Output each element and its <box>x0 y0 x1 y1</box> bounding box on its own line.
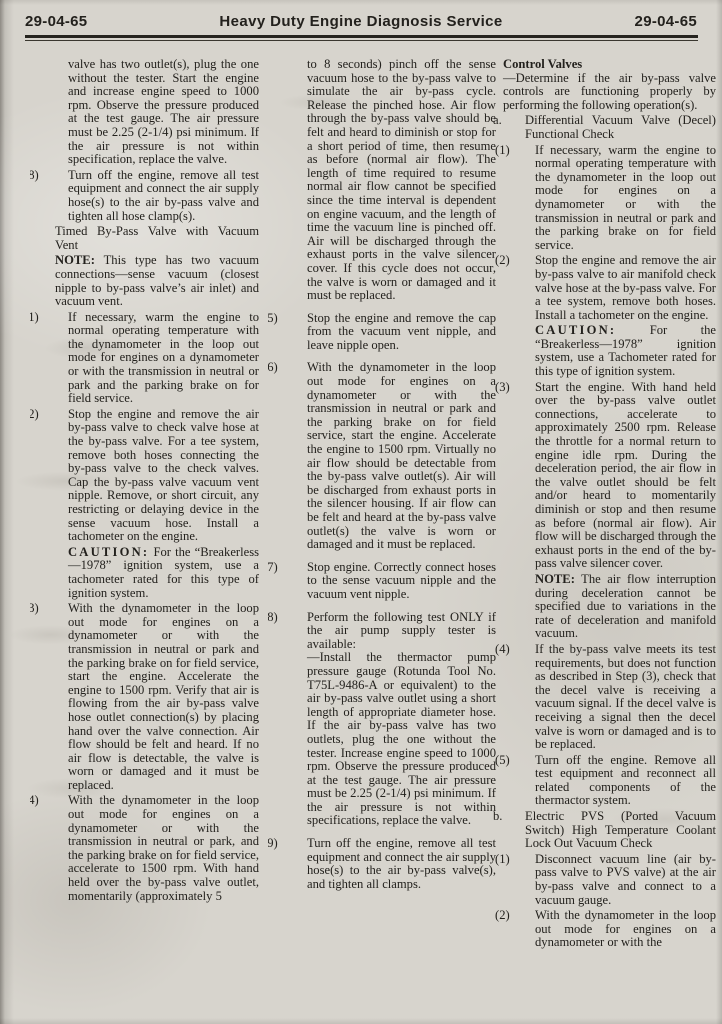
caution-paragraph: CAUTION: For the “Breakerless—1978” igni… <box>489 324 716 378</box>
numbered-step: (1)Disconnect vacuum line (air by-pass v… <box>489 853 716 907</box>
item-label: (2) <box>46 408 68 422</box>
continuation-paragraph: —Install the thermactor pump pressure ga… <box>268 651 496 828</box>
item-label: (2) <box>515 909 535 923</box>
item-label: (1) <box>515 144 535 158</box>
item-label: (5) <box>285 312 307 326</box>
header-rule-thick <box>25 35 698 38</box>
note-paragraph: NOTE: This type has two vacuum connectio… <box>30 254 259 308</box>
numbered-step: (6)With the dynamometer in the loop out … <box>268 361 496 551</box>
item-label: (8) <box>285 611 307 625</box>
item-label: (3) <box>515 381 535 395</box>
item-label: (9) <box>285 837 307 851</box>
numbered-step: (1)If necessary, warm the engine to norm… <box>30 311 259 406</box>
continuation-paragraph: valve has two outlet(s), plug the one wi… <box>30 58 259 167</box>
item-label: (4) <box>46 794 68 808</box>
item-label: (3) <box>46 602 68 616</box>
page-number-left: 29-04-65 <box>25 13 155 30</box>
item-label: (8) <box>46 169 68 183</box>
subsection-heading: b.Timed By-Pass Valve with Vacuum Vent <box>30 225 259 252</box>
numbered-step: (4)With the dynamometer in the loop out … <box>30 794 259 903</box>
text-column-1: valve has two outlet(s), plug the one wi… <box>30 58 259 1016</box>
item-label: b. <box>509 810 525 824</box>
section-title: Control Valves <box>503 58 582 71</box>
note-label: NOTE: <box>535 572 575 586</box>
numbered-step: (3)Start the engine. With hand held over… <box>489 381 716 571</box>
caution-label: CAUTION: <box>68 545 149 559</box>
item-label: (1) <box>515 853 535 867</box>
numbered-step: (5)Stop the engine and remove the cap fr… <box>268 312 496 353</box>
page-title: Heavy Duty Engine Diagnosis Service <box>155 13 567 30</box>
note-label: NOTE: <box>55 253 95 267</box>
section-heading: 2.Control Valves <box>489 58 716 72</box>
item-label: (2) <box>515 254 535 268</box>
numbered-step: (2)Stop the engine and remove the air by… <box>489 254 716 322</box>
caution-paragraph: CAUTION: For the “Breakerless—1978” igni… <box>30 546 259 600</box>
page-number-right: 29-04-65 <box>567 13 697 30</box>
scanned-manual-page: 29-04-65 Heavy Duty Engine Diagnosis Ser… <box>0 0 722 1024</box>
numbered-step: (4)If the by-pass valve meets its test r… <box>489 643 716 752</box>
numbered-step: (2)Stop the engine and remove the air by… <box>30 408 259 544</box>
numbered-step: (8)Perform the following test ONLY if th… <box>268 611 496 652</box>
numbered-step: (2)With the dynamometer in the loop out … <box>489 909 716 950</box>
numbered-step: (5)Turn off the engine. Remove all test … <box>489 754 716 808</box>
item-label: (6) <box>285 361 307 375</box>
note-paragraph: NOTE: The air flow interruption during d… <box>489 573 716 641</box>
item-label: a. <box>509 114 525 128</box>
text-column-2: to 8 seconds) pinch off the sense vacuum… <box>268 58 496 1016</box>
continuation-paragraph: —Determine if the air by-pass valve cont… <box>489 72 716 113</box>
subsection-heading: b.Electric PVS (Ported Vacuum Switch) Hi… <box>489 810 716 851</box>
page-header: 29-04-65 Heavy Duty Engine Diagnosis Ser… <box>25 13 697 30</box>
subsection-heading: a.Differential Vacuum Valve (Decel) Func… <box>489 114 716 141</box>
item-label: (7) <box>285 561 307 575</box>
numbered-step: (7)Stop engine. Correctly connect hoses … <box>268 561 496 602</box>
item-label: b. <box>38 225 55 239</box>
item-label: 2. <box>489 58 503 72</box>
text-columns: valve has two outlet(s), plug the one wi… <box>0 58 722 1016</box>
numbered-step: (1)If necessary, warm the engine to norm… <box>489 144 716 253</box>
header-rule-thin <box>25 40 698 41</box>
item-label: (5) <box>515 754 535 768</box>
continuation-paragraph: to 8 seconds) pinch off the sense vacuum… <box>268 58 496 303</box>
text-column-3: 2.Control Valves—Determine if the air by… <box>489 58 716 1016</box>
numbered-step: (9)Turn off the engine, remove all test … <box>268 837 496 891</box>
item-label: (1) <box>46 311 68 325</box>
numbered-step: (3)With the dynamometer in the loop out … <box>30 602 259 792</box>
numbered-step: (8)Turn off the engine, remove all test … <box>30 169 259 223</box>
caution-label: CAUTION: <box>535 323 616 337</box>
item-label: (4) <box>515 643 535 657</box>
